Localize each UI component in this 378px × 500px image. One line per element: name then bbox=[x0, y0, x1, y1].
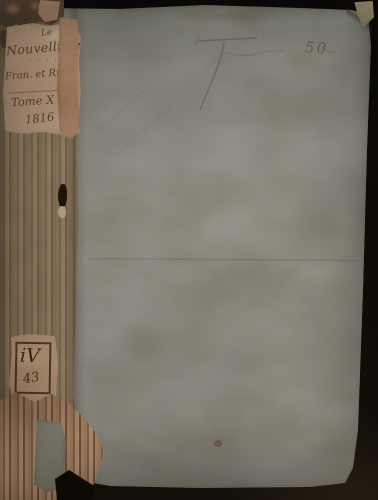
rust-spot bbox=[214, 440, 222, 447]
shelfmark-number: 43 bbox=[22, 370, 41, 388]
book-photo: 50 Le Nouvelliste · · · · Fran. et Rund … bbox=[0, 0, 378, 500]
spine-tear-chip bbox=[58, 206, 66, 218]
label-line-le: Le bbox=[41, 27, 53, 38]
pencil-mark-number: 50 bbox=[304, 38, 328, 58]
label-flourish: · · · · bbox=[29, 56, 59, 64]
stain-top-edge bbox=[150, 8, 300, 24]
shelfmark-letters: iV bbox=[20, 345, 41, 368]
label-line-year: 1816 bbox=[24, 110, 55, 127]
stain bbox=[118, 326, 172, 370]
spine-paper-strip bbox=[57, 17, 79, 139]
spine-tear-hole bbox=[58, 184, 67, 207]
label-line-tome: Tome X bbox=[11, 93, 55, 110]
worn-light-spot bbox=[330, 198, 356, 262]
